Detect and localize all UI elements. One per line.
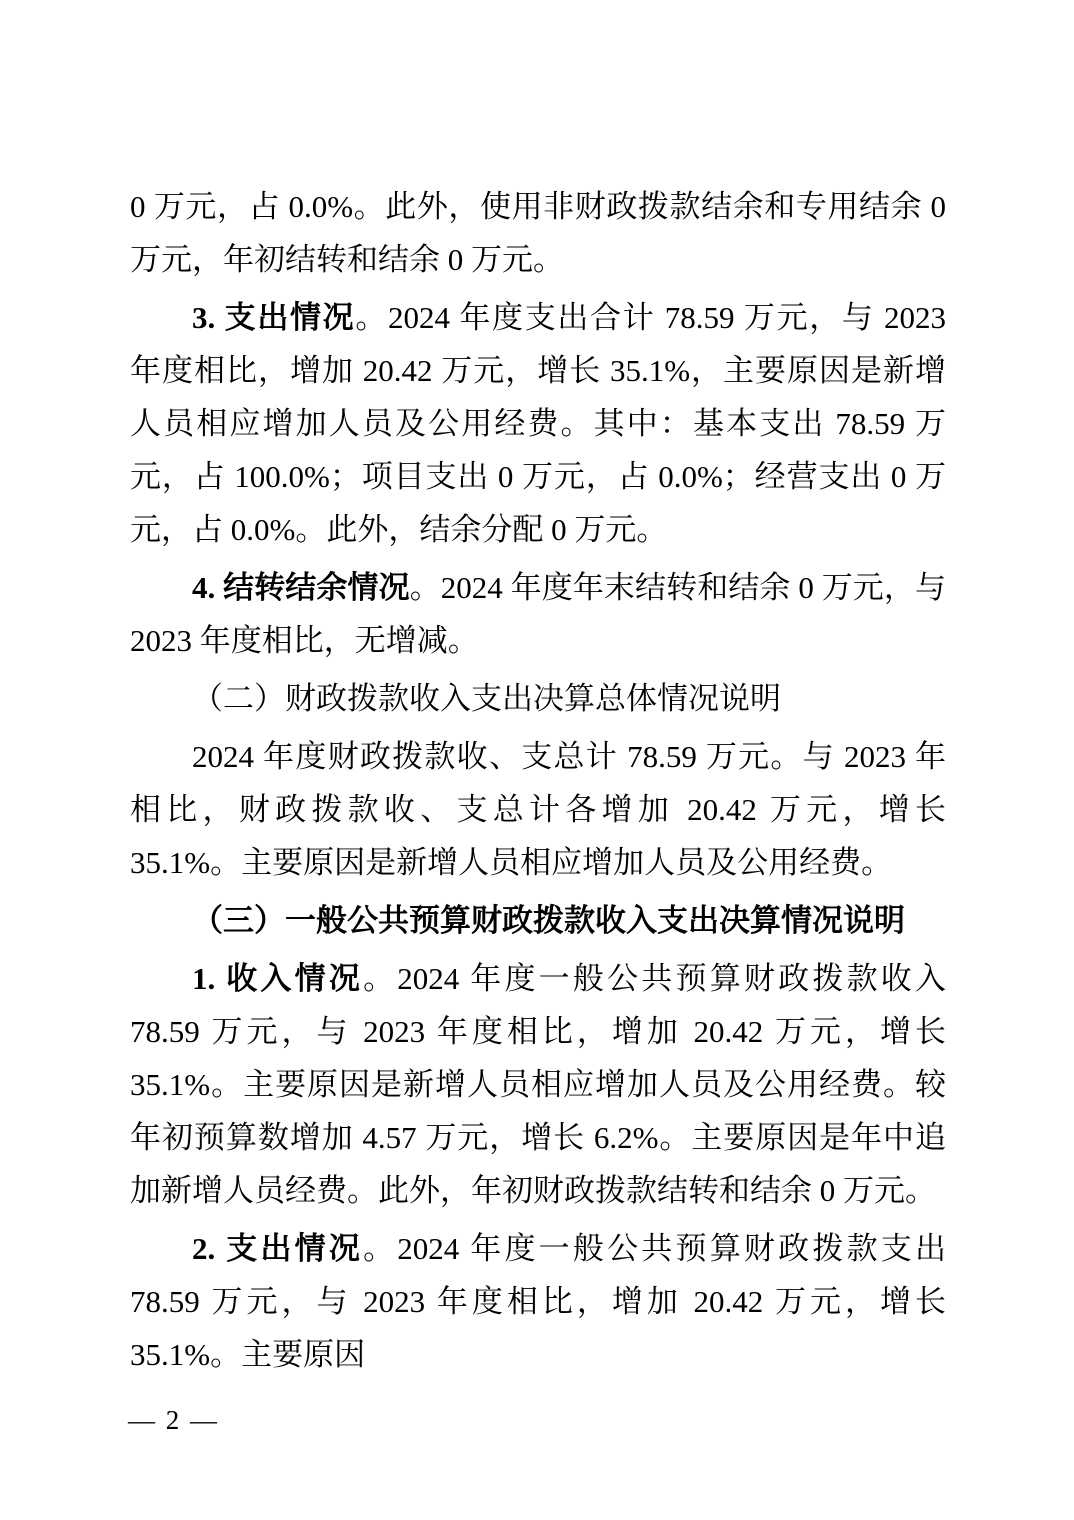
paragraph-fiscal-appropriation-total: 2024 年度财政拨款收、支总计 78.59 万元。与 2023 年相比，财政拨… — [130, 730, 946, 889]
paragraph-expenditure-overview: 3. 支出情况。2024 年度支出合计 78.59 万元，与 2023 年度相比… — [130, 291, 946, 556]
paragraph-text: 。2024 年度一般公共预算财政拨款收入 78.59 万元，与 2023 年度相… — [130, 961, 946, 1208]
paragraph-lead: 1. 收入情况 — [192, 961, 363, 996]
paragraph-lead: 4. 结转结余情况 — [192, 570, 410, 605]
document-body: 0 万元，占 0.0%。此外，使用非财政拨款结余和专用结余 0 万元，年初结转和… — [130, 180, 946, 1386]
heading-section-3: （三）一般公共预算财政拨款收入支出决算情况说明 — [130, 894, 946, 947]
paragraph-expenditure-continuation: 0 万元，占 0.0%。此外，使用非财政拨款结余和专用结余 0 万元，年初结转和… — [130, 180, 946, 286]
paragraph-text: 0 万元，占 0.0%。此外，使用非财政拨款结余和专用结余 0 万元，年初结转和… — [130, 189, 946, 277]
paragraph-carryover-balance: 4. 结转结余情况。2024 年度年末结转和结余 0 万元，与 2023 年度相… — [130, 561, 946, 667]
paragraph-text: （二）财政拨款收入支出决算总体情况说明 — [192, 681, 781, 716]
paragraph-income-situation: 1. 收入情况。2024 年度一般公共预算财政拨款收入 78.59 万元，与 2… — [130, 952, 946, 1217]
paragraph-text: 2024 年度财政拨款收、支总计 78.59 万元。与 2023 年相比，财政拨… — [130, 739, 946, 880]
paragraph-lead: 2. 支出情况 — [192, 1231, 363, 1266]
paragraph-budget-expenditure: 2. 支出情况。2024 年度一般公共预算财政拨款支出 78.59 万元，与 2… — [130, 1222, 946, 1381]
paragraph-lead: （三）一般公共预算财政拨款收入支出决算情况说明 — [192, 903, 905, 938]
page-number: — 2 — — [128, 1403, 219, 1437]
heading-section-2: （二）财政拨款收入支出决算总体情况说明 — [130, 672, 946, 725]
paragraph-lead: 3. 支出情况 — [192, 300, 355, 335]
document-page: 0 万元，占 0.0%。此外，使用非财政拨款结余和专用结余 0 万元，年初结转和… — [0, 0, 1074, 1520]
paragraph-text: 。2024 年度支出合计 78.59 万元，与 2023 年度相比，增加 20.… — [130, 300, 946, 547]
